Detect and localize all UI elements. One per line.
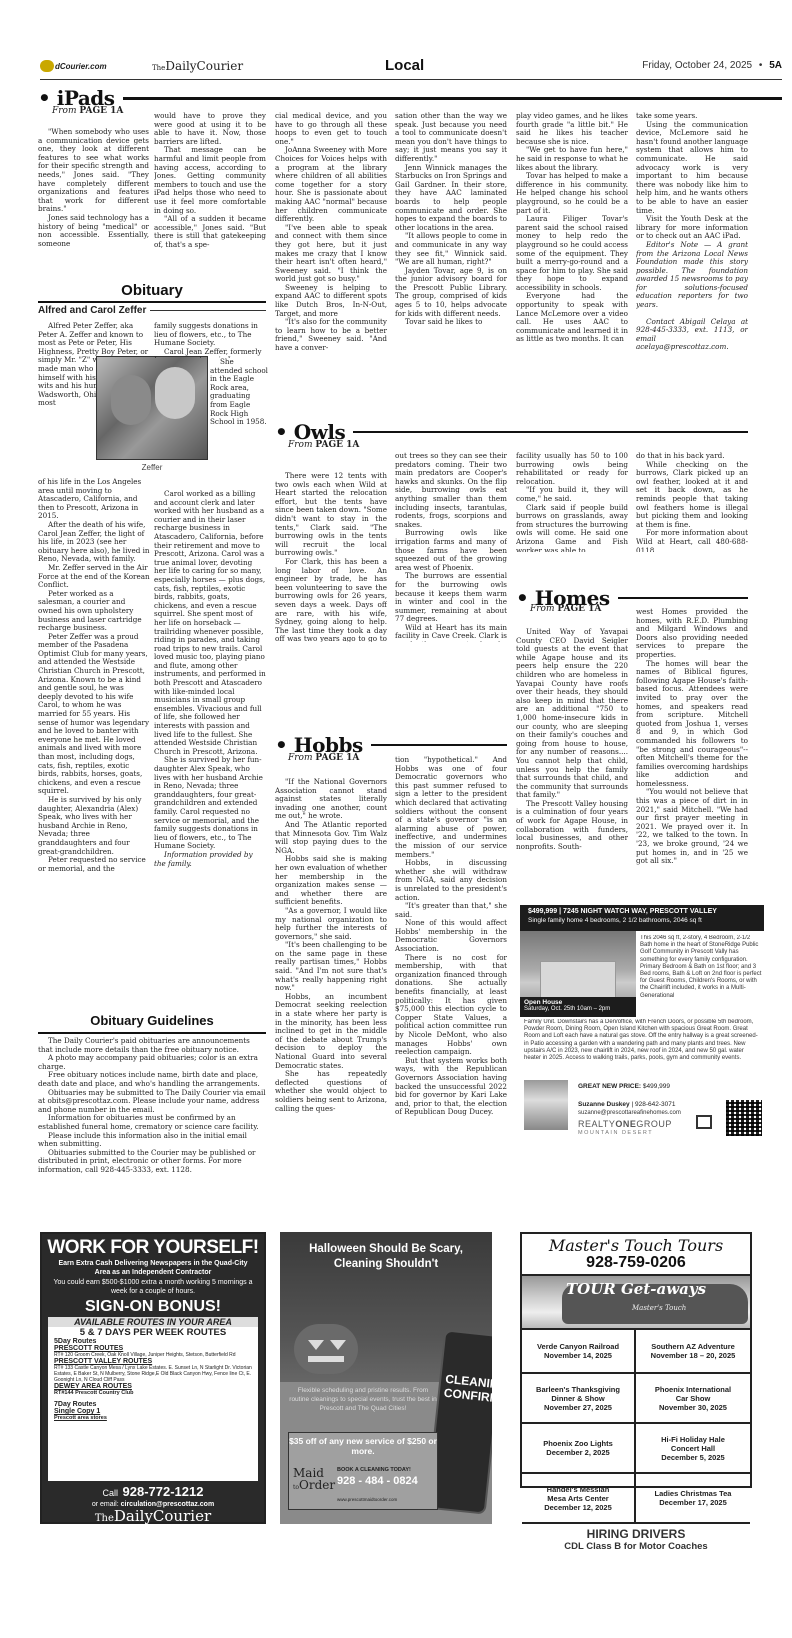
owls-jump-line[interactable]: From PAGE 1A: [288, 440, 359, 450]
agent-contact: Suzanne Duskey | 928-642-3071: [578, 1101, 675, 1108]
photo-figure-woman: [111, 375, 151, 425]
obit-col-2-wrap: She attended school in the Eagle Rock ar…: [210, 358, 268, 488]
agent-email[interactable]: suzanne@prescottareafinehomes.com: [578, 1110, 681, 1116]
hobbs-col-1: "If the National Governors Association c…: [275, 778, 387, 1148]
ipads-col-3: cial medical device, and you have to go …: [275, 112, 387, 414]
trip-item[interactable]: Southern AZ AdventureNovember 18 – 20, 2…: [636, 1330, 750, 1374]
open-house-banner: Open House Saturday, Oct. 25th 10am – 2p…: [520, 997, 636, 1017]
site-logo[interactable]: dCourier.com: [40, 60, 107, 72]
equal-housing-icon: [696, 1115, 712, 1129]
homes-jump-line[interactable]: From PAGE 1A: [530, 604, 601, 614]
homes-col-1: United Way of Yavapai County CEO David S…: [516, 628, 628, 896]
ipads-col-6: take some years.Using the communication …: [636, 112, 748, 414]
owls-col-2: out trees so they can see their predator…: [395, 452, 507, 642]
trip-item[interactable]: Verde Canyon RailroadNovember 14, 2025: [522, 1330, 636, 1374]
obituary-section-title: Obituary: [38, 282, 266, 299]
realty-ad[interactable]: $499,999 | 7245 NIGHT WATCH WAY, PRESCOT…: [520, 905, 764, 1150]
realty-ad-banner: $499,999 | 7245 NIGHT WATCH WAY, PRESCOT…: [520, 905, 764, 931]
obit-col-2-top: family suggests donations in lieu of flo…: [154, 322, 266, 358]
obituary-credit: Information provided by the family.: [154, 851, 266, 868]
guidelines-body: The Daily Courier's paid obituaries are …: [38, 1037, 266, 1207]
trip-item[interactable]: Ladies Christmas TeaDecember 17, 2025: [636, 1474, 750, 1524]
house-shape: [540, 961, 616, 999]
brokerage-logo: REALTYONEGROUP: [578, 1119, 672, 1129]
ipads-jump-line[interactable]: From PAGE 1A: [52, 106, 123, 116]
maid-to-order-logo: MaidtoOrder: [293, 1467, 333, 1494]
price-line: GREAT NEW PRICE: $499,999: [578, 1083, 670, 1090]
divider: [38, 1032, 266, 1034]
tour-bus-banner: TOUR Get-aways Master's Touch: [522, 1274, 750, 1330]
qr-code-icon[interactable]: [726, 1100, 762, 1136]
owls-col-1: There were 12 tents with two owls each w…: [275, 472, 387, 642]
trip-item[interactable]: Handel's Messiah Mesa Arts CenterDecembe…: [522, 1474, 636, 1524]
trip-item[interactable]: Phoenix Zoo LightsDecember 2, 2025: [522, 1424, 636, 1474]
obituary-photo: [96, 356, 208, 460]
kicker-rule: [123, 97, 782, 100]
masters-touch-tours-ad[interactable]: Master's Touch Tours 928-759-0206 TOUR G…: [520, 1232, 752, 1488]
trip-item[interactable]: Phoenix International Car ShowNovember 3…: [636, 1374, 750, 1424]
section-title: Local: [385, 57, 424, 74]
owls-col-4: do that in his back yard.While checking …: [636, 452, 748, 552]
homes-col-2: west Homes provided the homes, with R.E.…: [636, 608, 748, 896]
ipads-col-4: sation other than the way we speak. Just…: [395, 112, 507, 414]
realty-description: Family Unit. Downstairs has a Den/office…: [524, 1019, 762, 1077]
trips-grid: Verde Canyon RailroadNovember 14, 2025 S…: [522, 1330, 750, 1524]
divider: [38, 301, 266, 303]
obituary-name: Alfred and Carol Zeffer: [38, 305, 266, 316]
hiring-drivers: HIRING DRIVERS: [522, 1527, 750, 1541]
hobbs-col-2: tion "hypothetical." And Hobbs was one o…: [395, 756, 507, 1148]
photo-figure-man: [155, 367, 195, 419]
trip-item[interactable]: Hi-Fi Holiday Hale Concert HallDecember …: [636, 1424, 750, 1474]
pumpkin-icon: [294, 1324, 358, 1374]
guidelines-title: Obituary Guidelines: [38, 1013, 266, 1028]
date-page: Friday, October 24, 2025 • 5A: [642, 60, 782, 71]
maid-phone[interactable]: 928 - 484 - 0824: [337, 1475, 418, 1487]
obit-col-1: of his life in the Los Angeles area unti…: [38, 478, 150, 1008]
work-for-yourself-ad[interactable]: WORK FOR YOURSELF! Earn Extra Cash Deliv…: [40, 1232, 266, 1524]
offer-box: $35 off of any new service of $250 or mo…: [288, 1432, 438, 1510]
routes-box: AVAILABLE ROUTES IN YOUR AREA 5 & 7 DAYS…: [48, 1317, 258, 1481]
site-logo-badge-icon: [40, 60, 54, 72]
maid-website[interactable]: www.prescottmaidtoorder.com: [337, 1497, 397, 1502]
brand-logo: TheDailyCourier: [42, 1508, 264, 1527]
obit-col-2: Carol worked as a billing and account cl…: [154, 490, 266, 995]
masthead-small: TheDailyCourier: [152, 59, 243, 73]
editors-note: Editor's Note — A grant from the Arizona…: [636, 241, 748, 310]
owls-col-3: facility usually has 50 to 100 burrowing…: [516, 452, 628, 552]
agent-photo: [524, 1080, 568, 1130]
hobbs-jump-line[interactable]: From PAGE 1A: [288, 753, 359, 763]
house-photo: Open House Saturday, Oct. 25th 10am – 2p…: [520, 931, 636, 1017]
tours-phone[interactable]: 928-759-0206: [522, 1255, 750, 1271]
photo-caption: Zeffer: [96, 463, 208, 472]
ipads-kicker: • iPads: [38, 86, 782, 110]
tours-brand: Master's Touch Tours: [522, 1236, 750, 1255]
ipads-col-1: "When somebody who uses a communication …: [38, 128, 149, 280]
ipads-col-2: would have to prove they were good at us…: [154, 112, 266, 280]
ipads-col-5: play video games, and he likes fourth gr…: [516, 112, 628, 414]
page-header: dCourier.com TheDailyCourier Local Frida…: [40, 58, 782, 80]
call-line[interactable]: Call 928-772-1212: [42, 1483, 264, 1501]
trip-item[interactable]: Barleen's Thanksgiving Dinner & ShowNove…: [522, 1374, 636, 1424]
contact-line: Contact Abigail Celaya at 928-445-3333, …: [636, 318, 748, 352]
maid-to-order-ad[interactable]: Halloween Should Be Scary, Cleaning Shou…: [280, 1232, 492, 1524]
realty-description-side: This 2046 sq ft, 2-story, 4 Bedroom, 2-1…: [640, 935, 762, 1019]
